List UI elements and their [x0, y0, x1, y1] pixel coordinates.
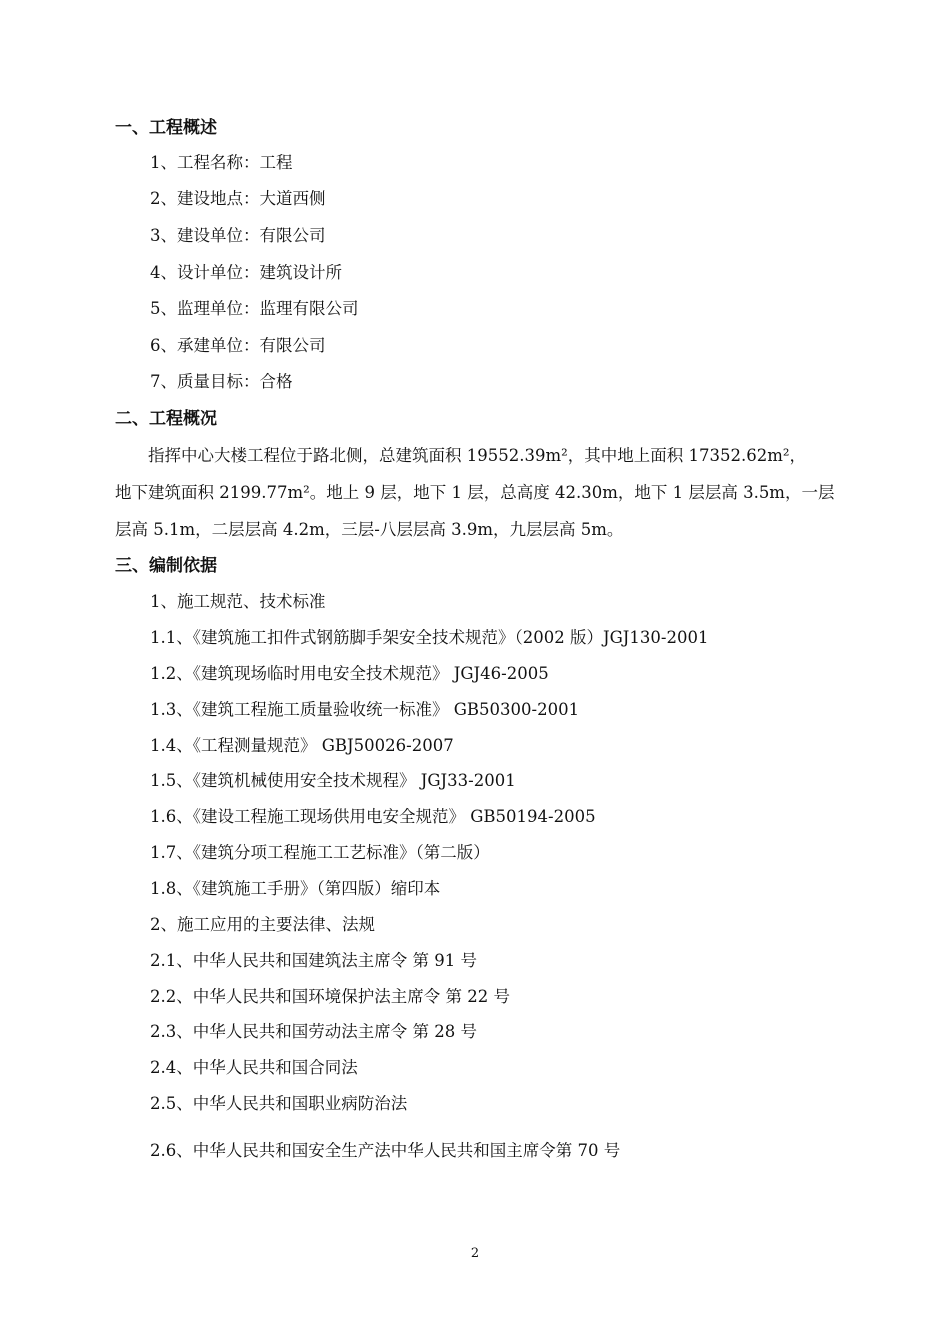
list-item: 3、建设单位：有限公司: [150, 225, 326, 247]
paragraph-line: 地下建筑面积 2199.77m²。地上 9 层，地下 1 层，总高度 42.30…: [115, 482, 835, 504]
list-item: 1.2、《建筑现场临时用电安全技术规范》 JGJ46-2005: [150, 663, 549, 685]
list-item: 4、设计单位：建筑设计所: [150, 262, 342, 284]
list-item: 7、质量目标：合格: [150, 371, 293, 393]
list-item: 6、承建单位：有限公司: [150, 335, 326, 357]
paragraph-line: 指挥中心大楼工程位于路北侧，总建筑面积 19552.39m²，其中地上面积 17…: [115, 445, 835, 467]
list-item: 1.8、《建筑施工手册》（第四版）缩印本: [150, 878, 440, 900]
list-item: 2.6、中华人民共和国安全生产法中华人民共和国主席令第 70 号: [150, 1140, 620, 1162]
section-heading-overview: 一、工程概述: [115, 117, 217, 139]
list-item: 2.4、中华人民共和国合同法: [150, 1057, 358, 1079]
page-number: 2: [0, 1246, 950, 1261]
list-item: 1.5、《建筑机械使用安全技术规程》 JGJ33-2001: [150, 770, 516, 792]
section-heading-situation: 二、工程概况: [115, 408, 217, 430]
list-item: 2、建设地点：大道西侧: [150, 188, 326, 210]
list-item: 1.4、《工程测量规范》 GBJ50026-2007: [150, 735, 454, 757]
list-item: 5、监理单位：监理有限公司: [150, 298, 359, 320]
list-item: 1.6、《建设工程施工现场供用电安全规范》 GB50194-2005: [150, 806, 596, 828]
list-item: 1、施工规范、技术标准: [150, 591, 326, 613]
list-item: 2.3、中华人民共和国劳动法主席令 第 28 号: [150, 1021, 477, 1043]
list-item: 1、工程名称：工程: [150, 152, 293, 174]
document-page: 一、工程概述 1、工程名称：工程 2、建设地点：大道西侧 3、建设单位：有限公司…: [0, 0, 950, 1344]
list-item: 1.1、《建筑施工扣件式钢筋脚手架安全技术规范》（2002 版）JGJ130-2…: [150, 627, 708, 649]
list-item: 2.5、中华人民共和国职业病防治法: [150, 1093, 407, 1115]
paragraph-line: 层高 5.1m，二层层高 4.2m，三层-八层层高 3.9m，九层层高 5m。: [115, 519, 835, 541]
section-heading-basis: 三、编制依据: [115, 555, 217, 577]
list-item: 1.3、《建筑工程施工质量验收统一标准》 GB50300-2001: [150, 699, 579, 721]
list-item: 2.1、中华人民共和国建筑法主席令 第 91 号: [150, 950, 477, 972]
list-item: 2.2、中华人民共和国环境保护法主席令 第 22 号: [150, 986, 510, 1008]
list-item: 1.7、《建筑分项工程施工工艺标准》（第二版）: [150, 842, 490, 864]
list-item: 2、施工应用的主要法律、法规: [150, 914, 375, 936]
